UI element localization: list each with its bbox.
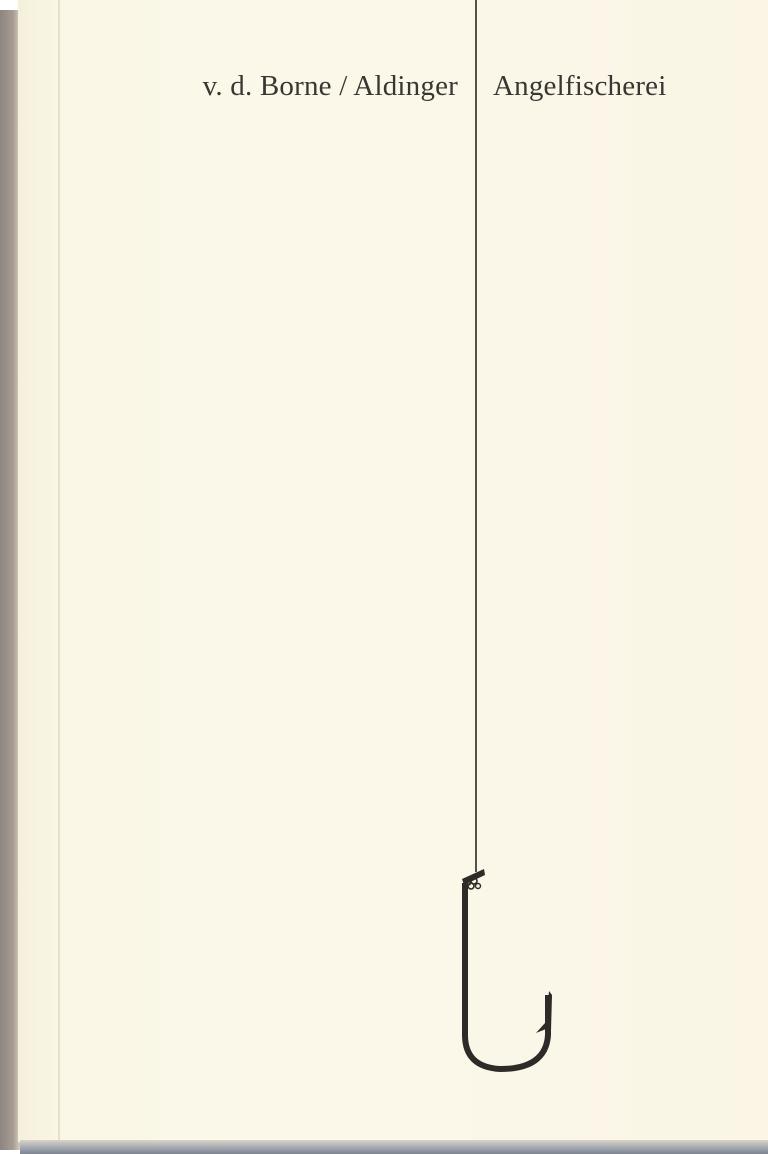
book-title: Angelfischerei	[493, 70, 667, 103]
bottom-edge	[20, 1140, 768, 1154]
book-cover	[18, 0, 768, 1142]
fishing-line	[475, 0, 477, 872]
cover-groove	[58, 0, 60, 1142]
author-name: v. d. Borne / Aldinger	[203, 70, 458, 103]
fishing-hook-icon	[440, 855, 570, 1085]
